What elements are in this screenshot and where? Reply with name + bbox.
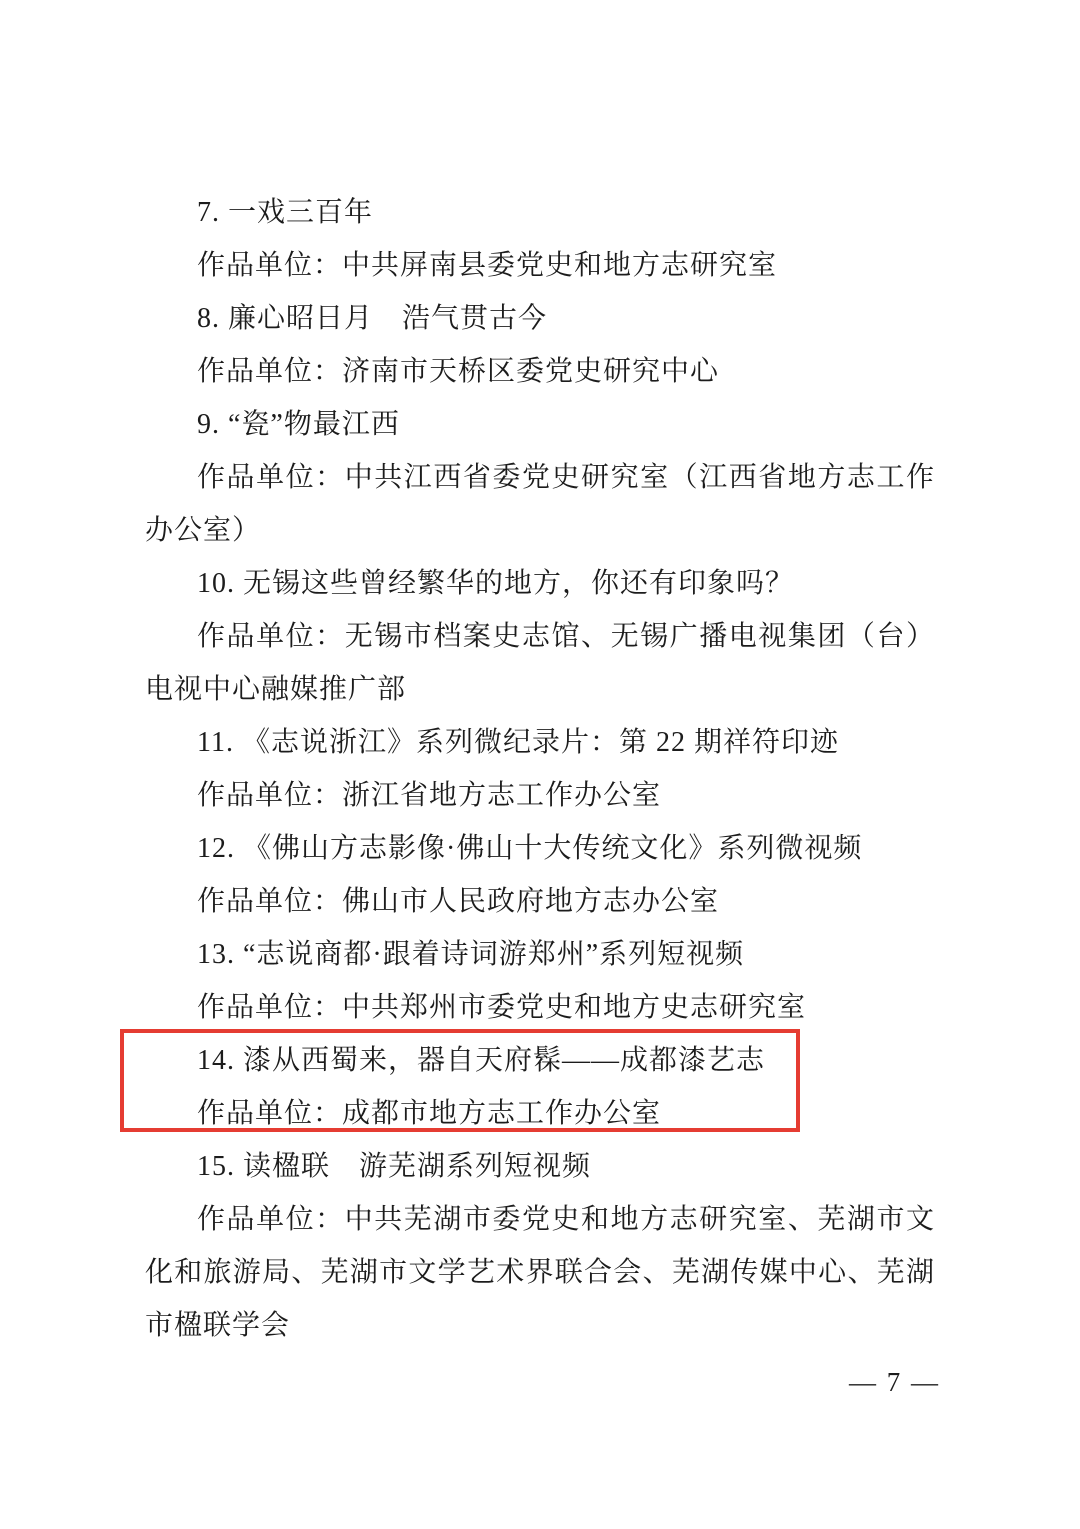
- page-number: — 7 —: [849, 1367, 940, 1397]
- text-line: 作品单位：中共郑州市委党史和地方史志研究室: [145, 981, 935, 1034]
- text-line: 作品单位：浙江省地方志工作办公室: [145, 769, 935, 822]
- text-line: 10. 无锡这些曾经繁华的地方，你还有印象吗？: [145, 557, 935, 610]
- page-footer: — 7 —: [849, 1356, 940, 1409]
- text-line: 作品单位：无锡市档案史志馆、无锡广播电视集团（台）: [145, 610, 935, 663]
- text-line: 作品单位：中共江西省委党史研究室（江西省地方志工作: [145, 451, 935, 504]
- text-line: 8. 廉心昭日月 浩气贯古今: [145, 292, 935, 345]
- text-line: 作品单位：中共屏南县委党史和地方志研究室: [145, 239, 935, 292]
- text-line-highlighted: 14. 漆从西蜀来，器自天府髹——成都漆艺志: [145, 1034, 935, 1087]
- text-line: 化和旅游局、芜湖市文学艺术界联合会、芜湖传媒中心、芜湖: [145, 1246, 935, 1299]
- text-line: 9. “瓷”物最江西: [145, 398, 935, 451]
- text-line: 13. “志说商都·跟着诗词游郑州”系列短视频: [145, 928, 935, 981]
- text-line: 15. 读楹联 游芜湖系列短视频: [145, 1140, 935, 1193]
- text-line: 12. 《佛山方志影像·佛山十大传统文化》系列微视频: [145, 822, 935, 875]
- text-line: 电视中心融媒推广部: [145, 663, 935, 716]
- text-line: 7. 一戏三百年: [145, 186, 935, 239]
- text-line: 市楹联学会: [145, 1299, 935, 1352]
- text-line: 作品单位：中共芜湖市委党史和地方志研究室、芜湖市文: [145, 1193, 935, 1246]
- text-line: 作品单位：济南市天桥区委党史研究中心: [145, 345, 935, 398]
- text-line: 作品单位：佛山市人民政府地方志办公室: [145, 875, 935, 928]
- text-line-highlighted: 作品单位：成都市地方志工作办公室: [145, 1087, 935, 1140]
- document-body: 7. 一戏三百年作品单位：中共屏南县委党史和地方志研究室8. 廉心昭日月 浩气贯…: [145, 186, 935, 1352]
- text-line: 11. 《志说浙江》系列微纪录片：第 22 期祥符印迹: [145, 716, 935, 769]
- document-page: 7. 一戏三百年作品单位：中共屏南县委党史和地方志研究室8. 廉心昭日月 浩气贯…: [0, 0, 1080, 1529]
- text-line: 办公室）: [145, 504, 935, 557]
